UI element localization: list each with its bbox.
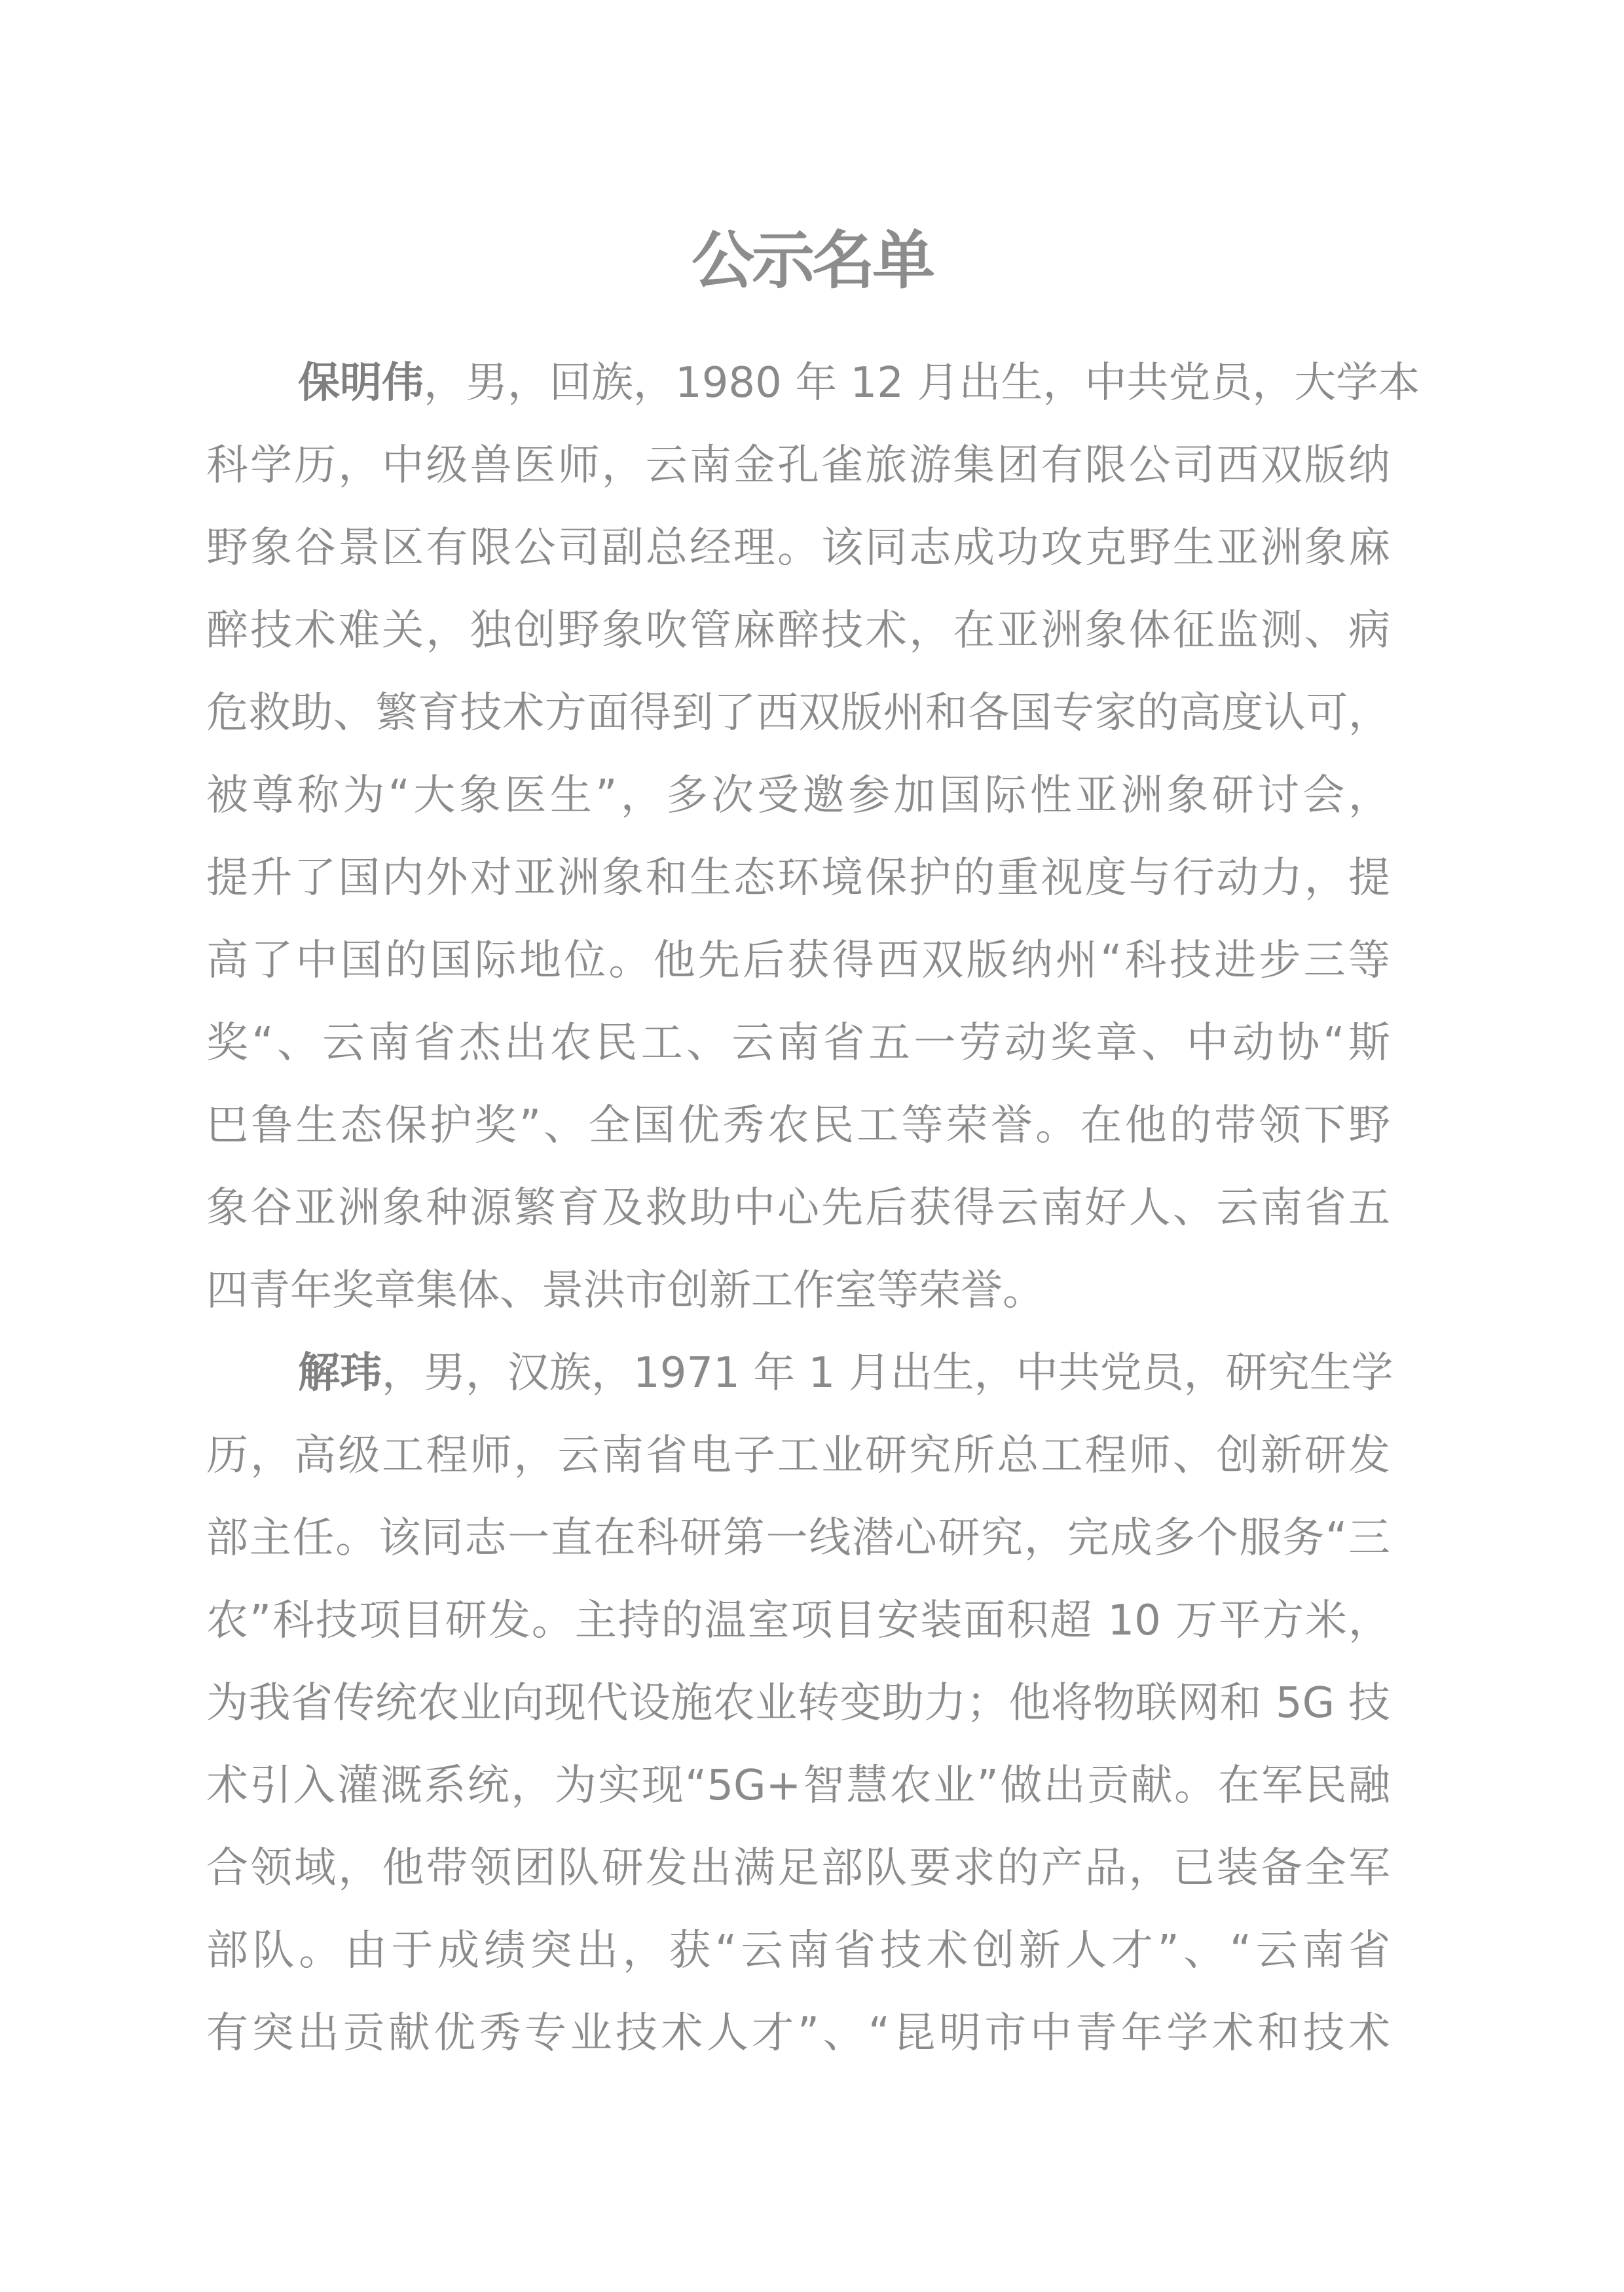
document-page: 公示名单 保明伟，男，回族，1980 年 12 月出生，中共党员，大学本 科学历… <box>0 0 1624 2292</box>
paragraph-line: 术引入灌溉系统，为实现“5G+智慧农业”做出贡献。在军民融 <box>206 1753 1390 1836</box>
paragraph-line: 历，高级工程师，云南省电子工业研究所总工程师、创新研发 <box>206 1423 1390 1506</box>
paragraph-line: 野象谷景区有限公司副总经理。该同志成功攻克野生亚洲象麻 <box>206 515 1390 598</box>
paragraph-line: 农”科技项目研发。主持的温室项目安装面积超 10 万平方米， <box>206 1588 1390 1671</box>
paragraph-line: 保明伟，男，回族，1980 年 12 月出生，中共党员，大学本 <box>206 350 1390 433</box>
paragraph-line: 被尊称为“大象医生”，多次受邀参加国际性亚洲象研讨会， <box>206 763 1390 845</box>
paragraph-line: 解玮，男，汉族，1971 年 1 月出生，中共党员，研究生学 <box>206 1340 1390 1423</box>
paragraph-line: 巴鲁生态保护奖”、全国优秀农民工等荣誉。在他的带领下野 <box>206 1093 1390 1175</box>
paragraph-line: 高了中国的国际地位。他先后获得西双版纳州“科技进步三等 <box>206 928 1390 1010</box>
document-body: 保明伟，男，回族，1980 年 12 月出生，中共党员，大学本 科学历，中级兽医… <box>206 350 1390 2083</box>
paragraph-line: 有突出贡献优秀专业技术人才”、“昆明市中青年学术和技术 <box>206 2001 1390 2083</box>
paragraph-line: 科学历，中级兽医师，云南金孔雀旅游集团有限公司西双版纳 <box>206 433 1390 515</box>
paragraph-line: 提升了国内外对亚洲象和生态环境保护的重视度与行动力，提 <box>206 845 1390 928</box>
line-text: ，男，汉族，1971 年 1 月出生，中共党员，研究生学 <box>382 1349 1393 1397</box>
person-name: 保明伟 <box>298 358 424 407</box>
paragraph-line: 四青年奖章集体、景洪市创新工作室等荣誉。 <box>206 1258 1390 1340</box>
paragraph-line: 部队。由于成绩突出，获“云南省技术创新人才”、“云南省 <box>206 1918 1390 2001</box>
paragraph-line: 醉技术难关，独创野象吹管麻醉技术，在亚洲象体征监测、病 <box>206 598 1390 680</box>
paragraph-line: 危救助、繁育技术方面得到了西双版州和各国专家的高度认可， <box>206 680 1390 763</box>
paragraph-line: 象谷亚洲象种源繁育及救助中心先后获得云南好人、云南省五 <box>206 1175 1390 1258</box>
person-name: 解玮 <box>298 1348 382 1397</box>
paragraph-line: 奖“、云南省杰出农民工、云南省五一劳动奖章、中动协“斯 <box>206 1010 1390 1093</box>
page-title: 公示名单 <box>0 221 1624 300</box>
paragraph-line: 部主任。该同志一直在科研第一线潜心研究，完成多个服务“三 <box>206 1506 1390 1588</box>
paragraph-bao-mingwei: 保明伟，男，回族，1980 年 12 月出生，中共党员，大学本 科学历，中级兽医… <box>206 350 1390 1340</box>
paragraph-xie-wei: 解玮，男，汉族，1971 年 1 月出生，中共党员，研究生学 历，高级工程师，云… <box>206 1340 1390 2083</box>
line-text: ，男，回族，1980 年 12 月出生，中共党员，大学本 <box>424 359 1420 407</box>
paragraph-line: 为我省传统农业向现代设施农业转变助力；他将物联网和 5G 技 <box>206 1671 1390 1753</box>
paragraph-line: 合领域，他带领团队研发出满足部队要求的产品，已装备全军 <box>206 1836 1390 1918</box>
